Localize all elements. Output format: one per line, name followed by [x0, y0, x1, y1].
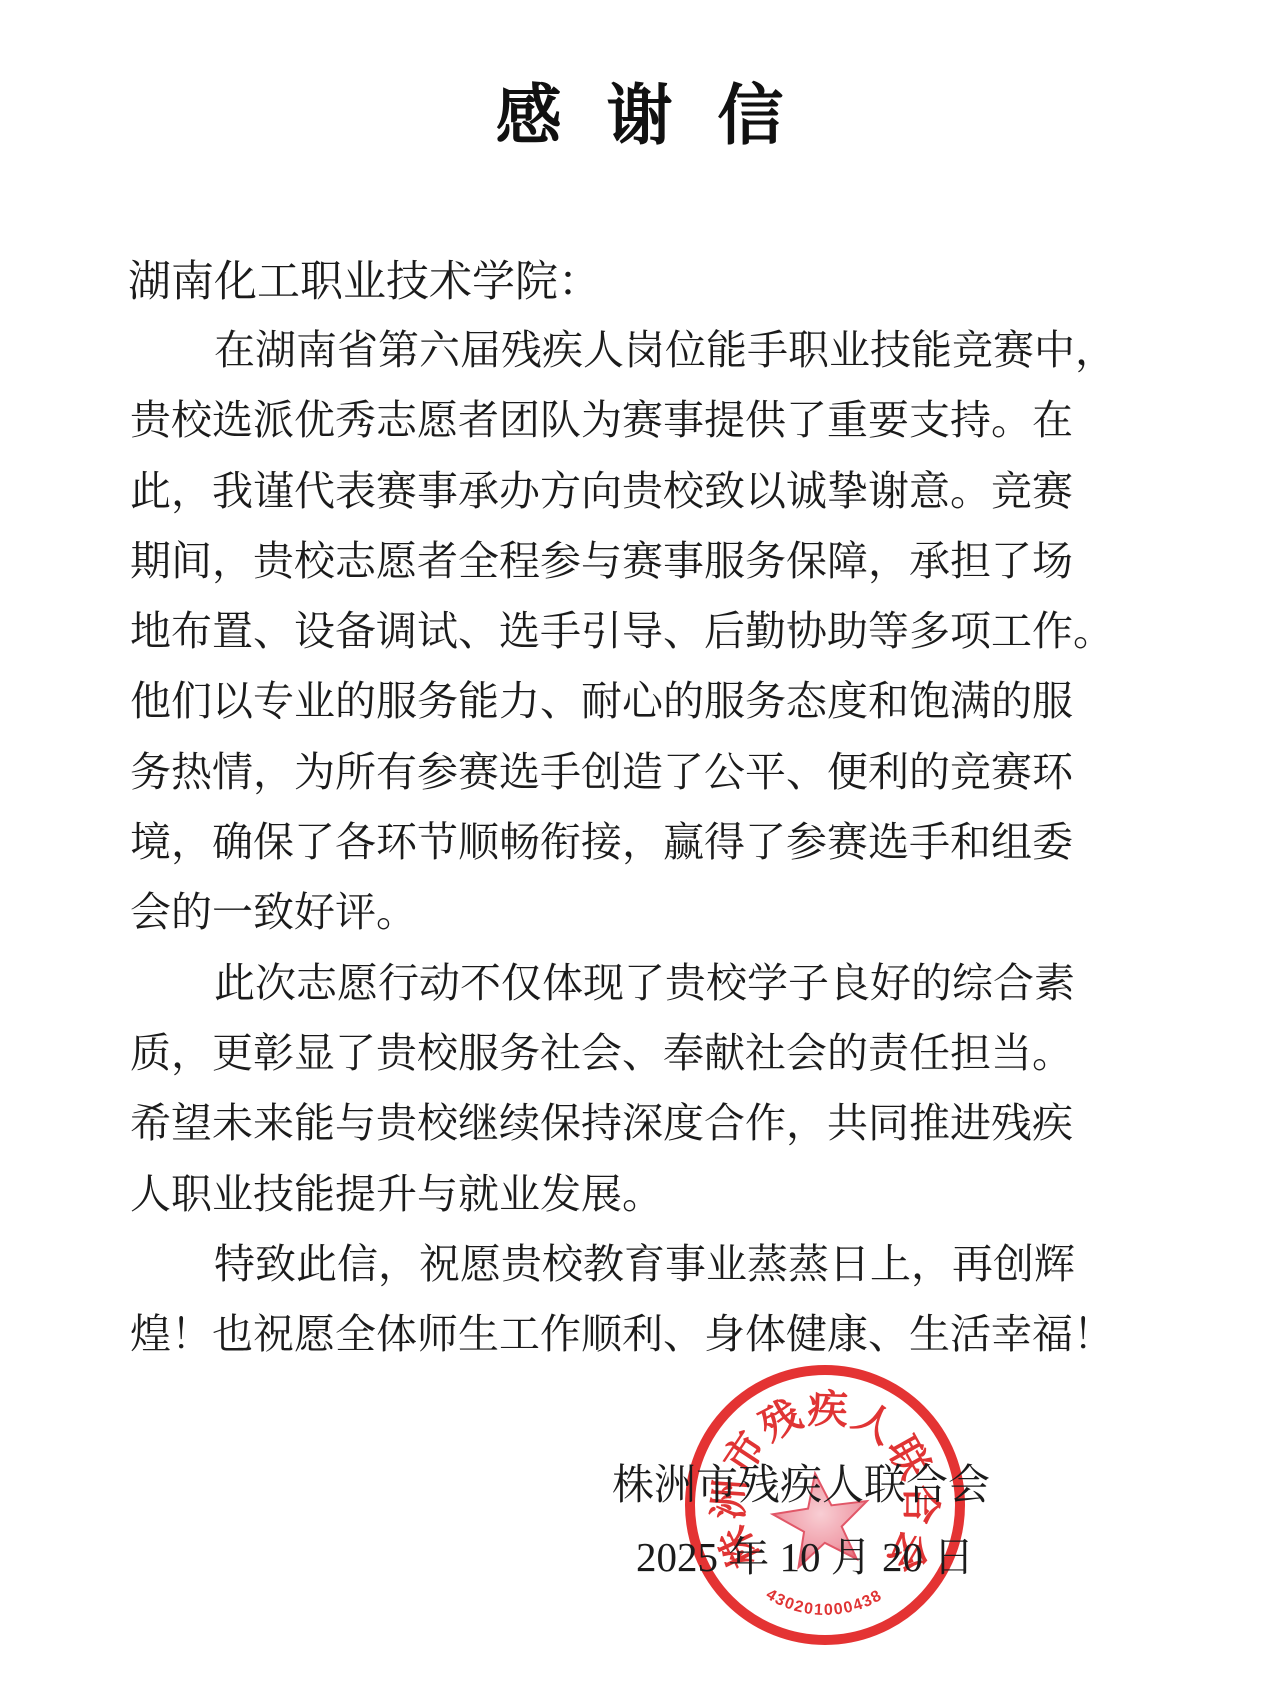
body-line: 会的一致好评。: [130, 877, 1045, 947]
salutation: 湖南化工职业技术学院：: [128, 248, 601, 309]
letter-body: 在湖南省第六届残疾人岗位能手职业技能竞赛中，贵校选派优秀志愿者团队为赛事提供了重…: [130, 315, 1045, 1369]
body-line: 此次志愿行动不仅体现了贵校学子良好的综合素: [130, 948, 1045, 1018]
body-line: 境，确保了各环节顺畅衔接，赢得了参赛选手和组委: [130, 807, 1045, 877]
body-line: 在湖南省第六届残疾人岗位能手职业技能竞赛中，: [130, 315, 1045, 385]
body-line: 地布置、设备调试、选手引导、后勤协助等多项工作。: [130, 596, 1045, 666]
date: 2025 年 10 月 20 日: [636, 1524, 974, 1583]
body-line: 人职业技能提升与就业发展。: [130, 1159, 1045, 1229]
body-line: 希望未来能与贵校继续保持深度合作，共同推进残疾: [130, 1088, 1045, 1158]
letter-page: 感谢信 湖南化工职业技术学院： 在湖南省第六届残疾人岗位能手职业技能竞赛中，贵校…: [0, 0, 1279, 1692]
body-line: 特致此信，祝愿贵校教育事业蒸蒸日上，再创辉: [130, 1229, 1045, 1299]
body-line: 务热情，为所有参赛选手创造了公平、便利的竞赛环: [130, 737, 1045, 807]
body-line: 此，我谨代表赛事承办方向贵校致以诚挚谢意。竞赛: [130, 456, 1045, 526]
letter-title-text: 感谢信: [496, 80, 829, 153]
signature: 株洲市残疾人联合会: [612, 1452, 990, 1512]
body-line: 贵校选派优秀志愿者团队为赛事提供了重要支持。在: [130, 385, 1045, 455]
body-line: 他们以专业的服务能力、耐心的服务态度和饱满的服: [130, 666, 1045, 736]
body-line: 期间，贵校志愿者全程参与赛事服务保障，承担了场: [130, 526, 1045, 596]
scan-artifact-dot: [789, 625, 794, 630]
letter-title: 感谢信: [0, 62, 1279, 157]
body-line: 质，更彰显了贵校服务社会、奉献社会的责任担当。: [130, 1018, 1045, 1088]
